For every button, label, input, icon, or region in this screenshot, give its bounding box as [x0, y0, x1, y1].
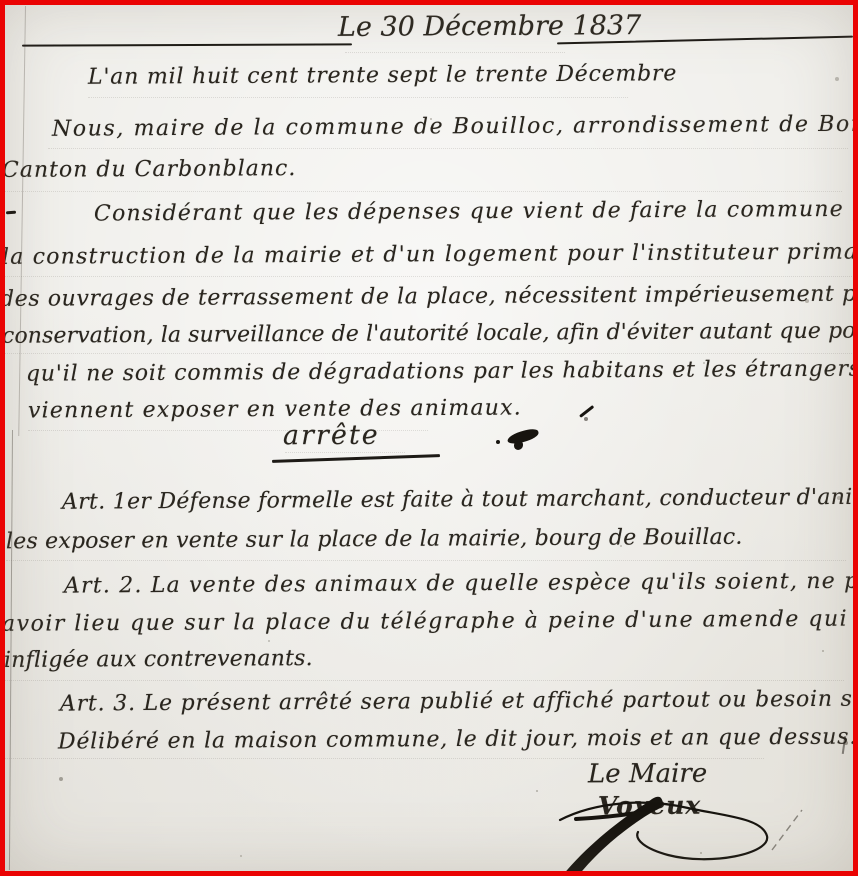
manuscript-scan: Le 30 Décembre 1837 L'an mil huit cent t…: [0, 0, 858, 876]
header-rule-left: [22, 43, 352, 46]
manuscript-line-considerant-3: des ouvrages de terrassement de la place…: [0, 280, 858, 314]
ink-stroke-mark: [579, 405, 594, 417]
manuscript-line-article1-1: Art. 1er Défense formelle est faite à to…: [62, 483, 858, 517]
decree-heading-underline: [272, 454, 440, 462]
manuscript-line-considerant-1: Considérant que les dépenses que vient d…: [94, 196, 858, 230]
ink-dash-mark: [6, 211, 16, 215]
paper-speckles: [0, 0, 2, 2]
decree-heading: arrête: [283, 418, 380, 454]
ruling-line: [4, 680, 844, 681]
manuscript-line-preamble-2: Nous, maire de la commune de Bouilloc, a…: [52, 110, 858, 144]
ruling-line: [345, 52, 565, 53]
manuscript-line-article2-3: infligée aux contrevenants.: [4, 645, 313, 675]
manuscript-line-considerant-4: conservation, la surveillance de l'autor…: [2, 317, 858, 351]
manuscript-line-article1-2: les exposer en vente sur la place de la …: [6, 524, 743, 557]
manuscript-line-considerant-5: qu'il ne soit commis de dégradations par…: [26, 355, 858, 389]
date-heading: Le 30 Décembre 1837: [338, 8, 641, 45]
ink-blot: [506, 427, 540, 445]
manuscript-line-preamble-1: L'an mil huit cent trente sept le trente…: [88, 60, 677, 92]
signature-flourish-icon: [540, 778, 858, 876]
manuscript-line-preamble-3: Canton du Carbonblanc.: [2, 155, 296, 185]
ruling-line: [6, 560, 846, 561]
ruling-line: [48, 148, 848, 149]
ruling-line: [2, 191, 842, 192]
ruling-line: [2, 353, 852, 354]
manuscript-line-deliberation: Délibéré en la maison commune, le dit jo…: [58, 724, 857, 757]
paper-fold-line: [18, 6, 26, 436]
manuscript-line-considerant-2: la construction de la mairie et d'un log…: [2, 238, 858, 272]
ink-blot-satellite: [496, 440, 500, 444]
manuscript-line-article2-1: Art. 2. La vente des animaux de quelle e…: [64, 567, 858, 601]
manuscript-line-article3-1: Art. 3. Le présent arrêté sera publié et…: [60, 685, 858, 719]
ink-blot-dot: [514, 441, 523, 450]
manuscript-line-considerant-6: viennent exposer en vente des animaux.: [28, 394, 522, 426]
ruling-line: [2, 276, 852, 277]
ruling-line: [88, 97, 628, 98]
manuscript-line-article2-2: avoir lieu que sur la place du télégraph…: [2, 605, 858, 639]
